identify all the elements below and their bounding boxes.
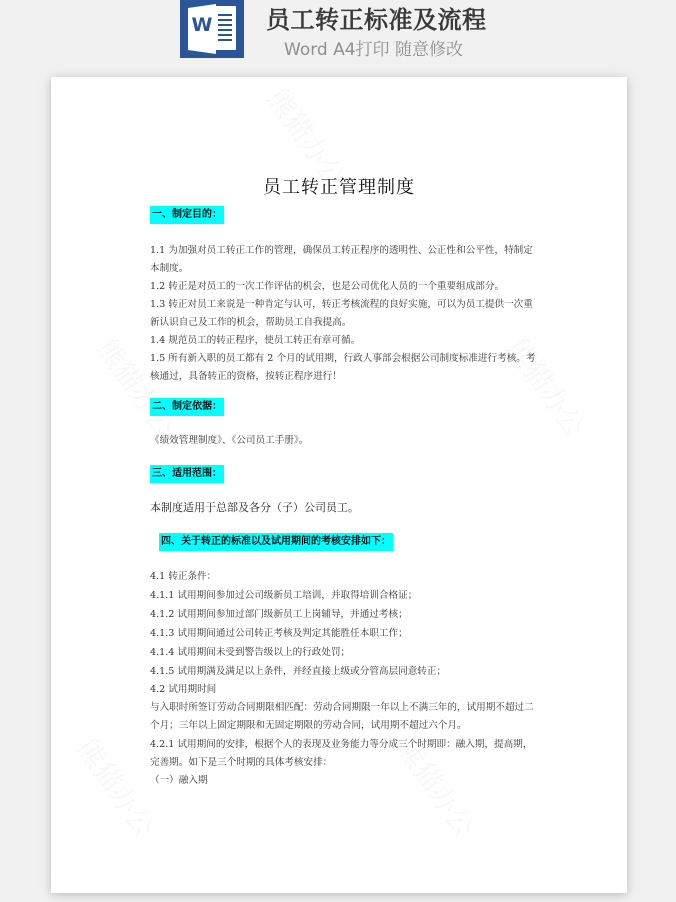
body-line: 4.2 试用期时间 xyxy=(150,684,216,696)
document-page: 熊猫办公 熊猫办公 熊猫办公 熊猫办公 熊猫办公 员工转正管理制度 一、制定目的… xyxy=(51,77,627,893)
body-line: 与入职时所签订劳动合同期限相匹配：劳动合同期限一年以上不满三年的，试用期不超过二 xyxy=(150,702,534,714)
body-line: 核通过，具备转正的资格，按转正程序进行！ xyxy=(150,371,342,383)
body-line: 4.1.4 试用期间未受到警告级以上的行政处罚； xyxy=(150,647,350,659)
body-line: （一）融入期 xyxy=(150,775,208,787)
watermark: 熊猫办公 xyxy=(499,330,596,445)
section-heading-standards: 四、关于转正的标准以及试用期间的考核安排如下： xyxy=(159,533,393,551)
body-line: 4.2.1 试用期间的安排，根据个人的表现及业务能力等分成三个时期即：融入期，提… xyxy=(150,739,532,751)
section-heading-scope: 三、适用范围： xyxy=(150,465,224,483)
banner-title: 员工转正标准及流程 xyxy=(266,0,487,35)
word-icon: W xyxy=(180,0,244,58)
body-line: 新认识自己及工作的机会，帮助员工自我提高。 xyxy=(150,317,351,329)
body-line: 1.5 所有新入职的员工都有 2 个月的试用期，行政人事部会根据公司制度标准进行… xyxy=(150,353,535,365)
body-line: 《绩效管理制度》、《公司员工手册》。 xyxy=(150,435,308,447)
body-line: 完善期。如下是三个时期的具体考核安排： xyxy=(150,757,332,769)
promo-banner: W 员工转正标准及流程 Word A4打印 随意修改 xyxy=(0,0,676,70)
body-line: 本制度适用于总部及各分（子）公司员工。 xyxy=(150,502,359,514)
body-line: 本制度。 xyxy=(150,263,188,275)
word-letter: W xyxy=(189,14,215,36)
document-title: 员工转正管理制度 xyxy=(51,173,627,199)
section-heading-purpose: 一、制定目的： xyxy=(150,206,224,224)
body-line: 1.4 规范员工的转正程序，使员工转正有章可循。 xyxy=(150,335,360,347)
section-heading-basis: 二、制定依据： xyxy=(150,398,224,416)
body-line: 4.1.2 试用期间参加过部门级新员工上岗辅导，并通过考核； xyxy=(150,609,408,621)
body-line: 4.1.5 试用期满及满足以上条件，并经直接上级或分管高层同意转正； xyxy=(150,666,446,678)
banner-subtitle: Word A4打印 随意修改 xyxy=(284,35,463,60)
body-line: 4.1.3 试用期间通过公司转正考核及判定其能胜任本职工作； xyxy=(150,628,408,640)
body-line: 1.2 转正是对员工的一次工作评估的机会，也是公司优化人员的一个重要组成部分。 xyxy=(150,281,504,293)
body-line: 1.3 转正对员工来说是一种肯定与认可，转正考核流程的良好实施，可以为员工提供一… xyxy=(150,299,533,311)
body-line: 个月；三年以上固定期限和无固定期限的劳动合同，试用期不超过六个月。 xyxy=(150,720,467,732)
body-line: 1.1 为加强对员工转正工作的管理，确保员工转正程序的透明性、公正性和公平性，特… xyxy=(150,245,533,257)
body-line: 4.1 转正条件： xyxy=(150,571,216,583)
body-line: 4.1.1 试用期间参加过公司级新员工培训，并取得培训合格证； xyxy=(150,590,417,602)
